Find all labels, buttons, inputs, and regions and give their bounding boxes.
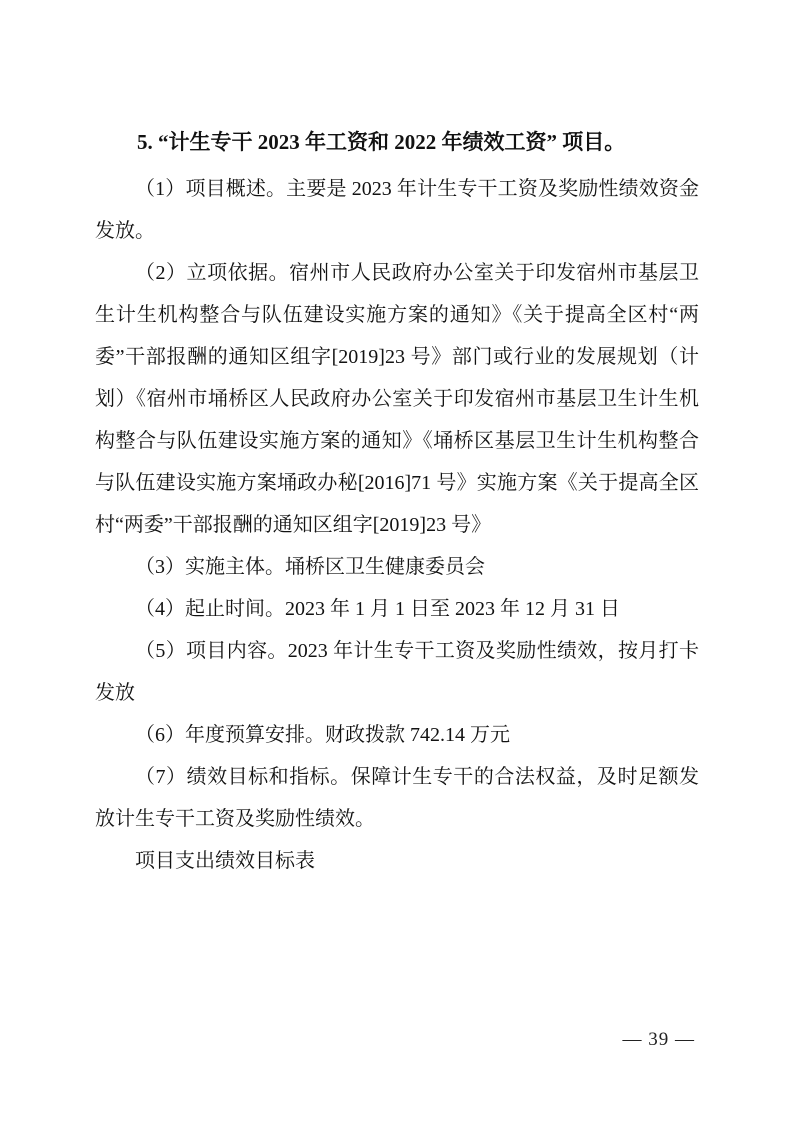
document-page: 5. “计生专干 2023 年工资和 2022 年绩效工资” 项目。 （1）项目…: [0, 0, 793, 1122]
document-body: 5. “计生专干 2023 年工资和 2022 年绩效工资” 项目。 （1）项目…: [95, 121, 699, 882]
paragraph-project-basis: （2）立项依据。宿州市人民政府办公室关于印发宿州市基层卫生计生机构整合与队伍建设…: [95, 252, 699, 546]
paragraph-performance-goals: （7）绩效目标和指标。保障计生专干的合法权益，及时足额发放计生专干工资及奖励性绩…: [95, 756, 699, 840]
paragraph-project-content: （5）项目内容。2023 年计生专干工资及奖励性绩效，按月打卡发放: [95, 630, 699, 714]
section-heading: 5. “计生专干 2023 年工资和 2022 年绩效工资” 项目。: [95, 121, 699, 163]
paragraph-performance-table-caption: 项目支出绩效目标表: [95, 840, 699, 882]
paragraph-annual-budget: （6）年度预算安排。财政拨款 742.14 万元: [95, 714, 699, 756]
page-number: — 39 —: [623, 1028, 696, 1052]
paragraph-implementing-body: （3）实施主体。埇桥区卫生健康委员会: [95, 546, 699, 588]
paragraph-time-period: （4）起止时间。2023 年 1 月 1 日至 2023 年 12 月 31 日: [95, 588, 699, 630]
paragraph-project-overview: （1）项目概述。主要是 2023 年计生专干工资及奖励性绩效资金发放。: [95, 168, 699, 252]
